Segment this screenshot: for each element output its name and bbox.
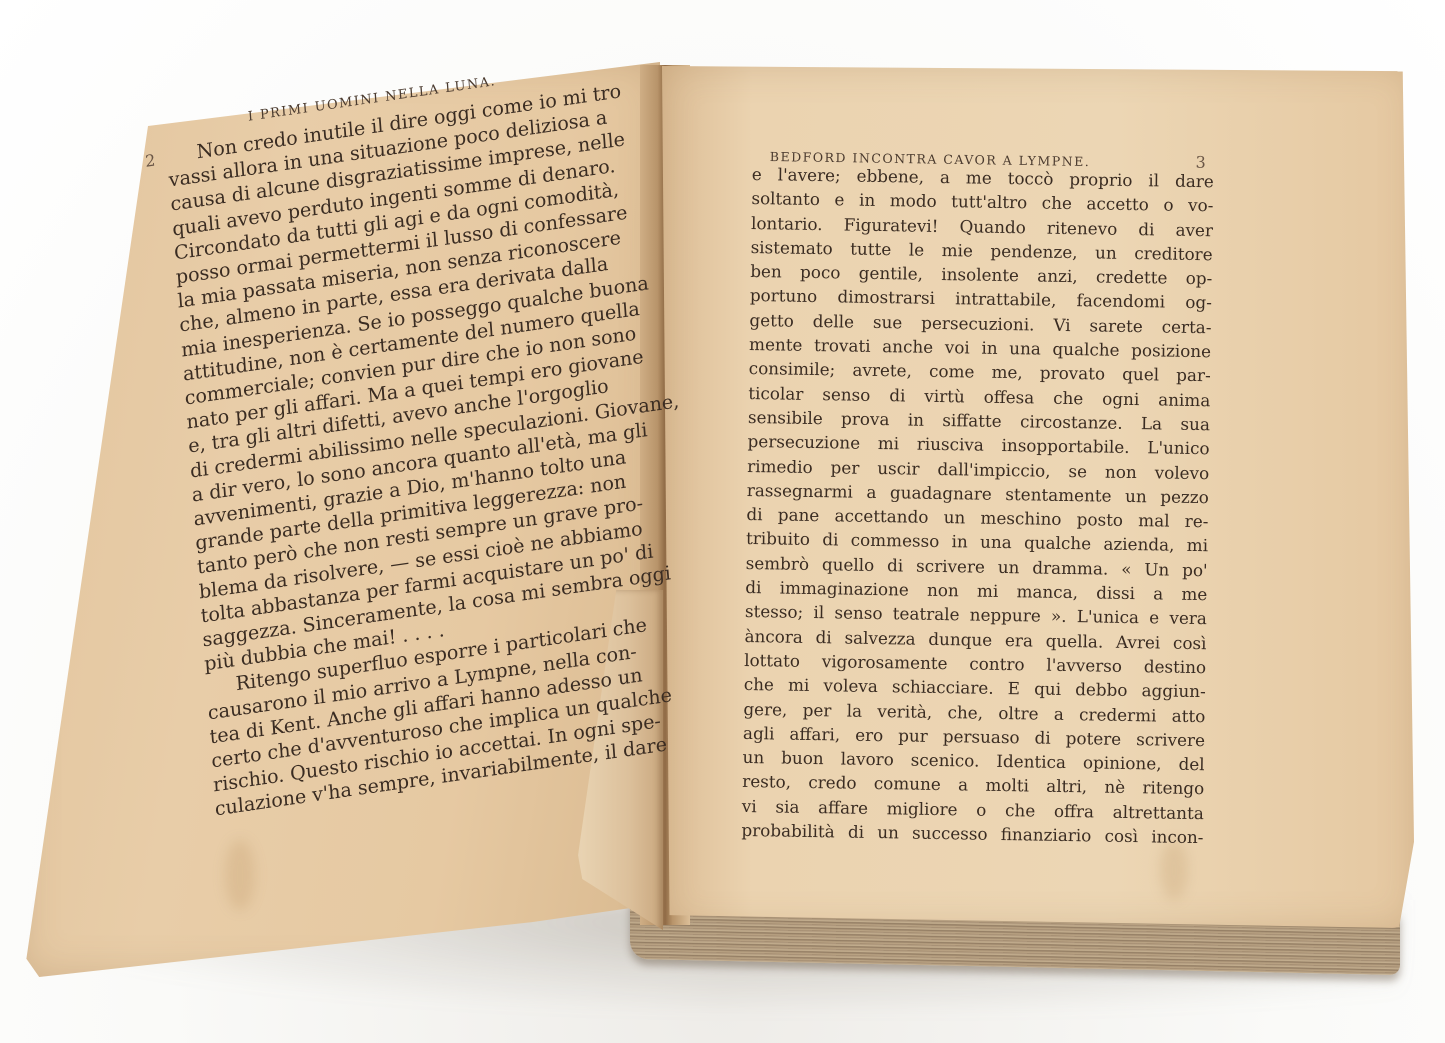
right-page-text: e l'avere; ebbene, a me toccò proprio il… (741, 162, 1214, 849)
paper-stain (225, 840, 255, 910)
left-page-text: I PRIMI UOMINI NELLA LUNA. 2 Non credo i… (190, 63, 622, 818)
left-body-row: 2 Non credo inutile il dire oggi come io… (192, 84, 622, 818)
left-page-number: 2 (144, 150, 155, 170)
left-text-lines: Non credo inutile il dire oggi come io m… (166, 86, 622, 822)
